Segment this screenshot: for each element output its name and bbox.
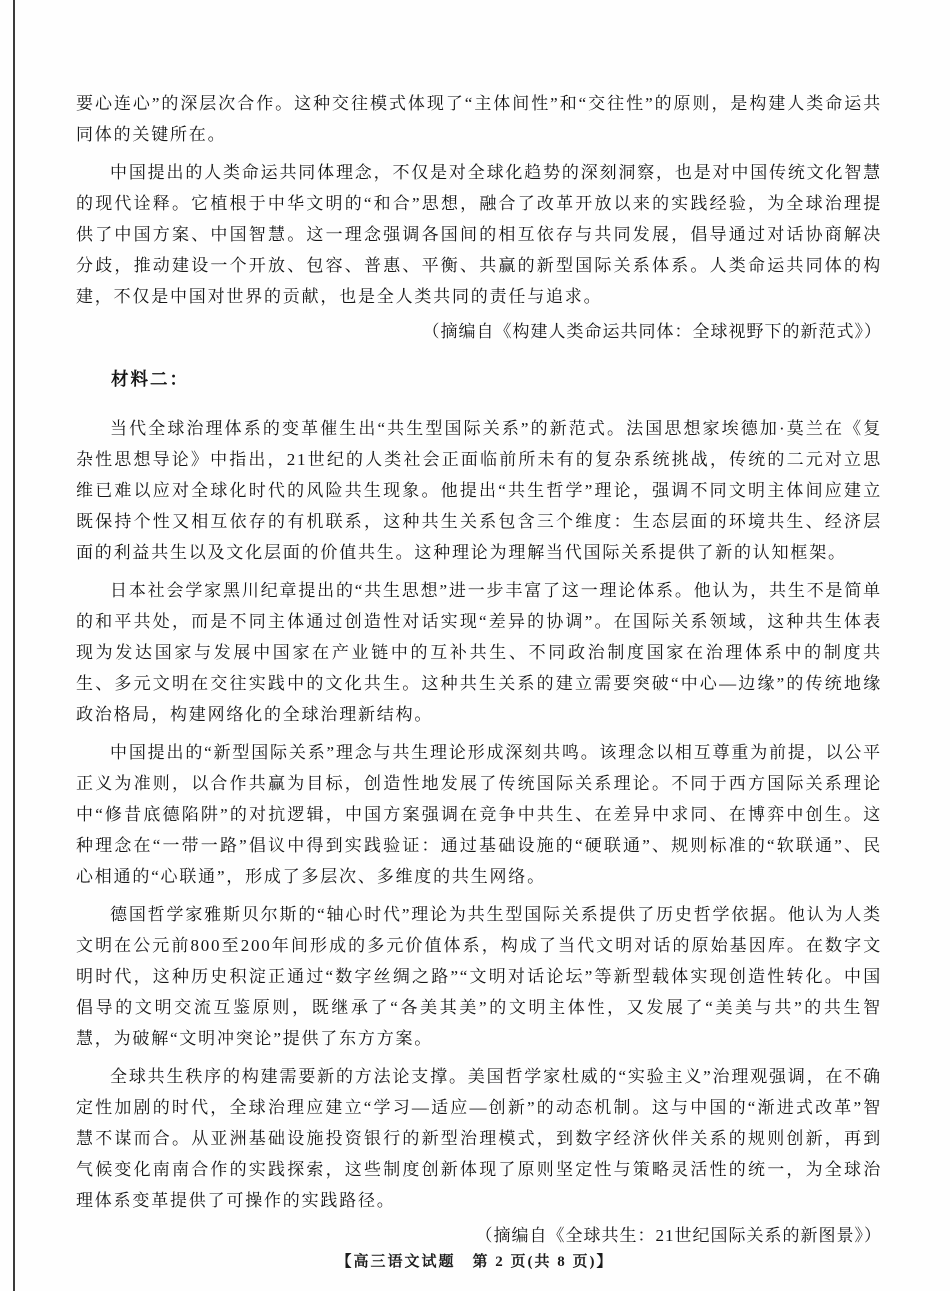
material-two-source-attribution: （摘编自《全球共生：21世纪国际关系的新图景》） bbox=[76, 1220, 882, 1251]
page-footer: 【高三语文试题 第 2 页(共 8 页)】 bbox=[0, 1250, 950, 1271]
material-two-paragraph-1: 当代全球治理体系的变革催生出“共生型国际关系”的新范式。法国思想家埃德加·莫兰在… bbox=[76, 413, 882, 568]
material-one-continued-paragraph: 要心连心”的深层次合作。这种交往模式体现了“主体间性”和“交往性”的原则，是构建… bbox=[76, 88, 882, 150]
material-one-closing-paragraph: 中国提出的人类命运共同体理念，不仅是对全球化趋势的深刻洞察，也是对中国传统文化智… bbox=[76, 157, 882, 312]
material-two-paragraph-4: 德国哲学家雅斯贝尔斯的“轴心时代”理论为共生型国际关系提供了历史哲学依据。他认为… bbox=[76, 899, 882, 1054]
material-two-paragraph-2: 日本社会学家黑川纪章提出的“共生思想”进一步丰富了这一理论体系。他认为，共生不是… bbox=[76, 575, 882, 730]
scan-edge-line bbox=[13, 0, 15, 1291]
material-two-paragraph-5: 全球共生秩序的构建需要新的方法论支撑。美国哲学家杜威的“实验主义”治理观强调，在… bbox=[76, 1061, 882, 1216]
material-two-paragraph-3: 中国提出的“新型国际关系”理念与共生理论形成深刻共鸣。该理念以相互尊重为前提，以… bbox=[76, 737, 882, 892]
material-two-heading: 材料二： bbox=[76, 364, 882, 395]
exam-paper-page: 要心连心”的深层次合作。这种交往模式体现了“主体间性”和“交往性”的原则，是构建… bbox=[0, 0, 950, 1291]
page-content: 要心连心”的深层次合作。这种交往模式体现了“主体间性”和“交往性”的原则，是构建… bbox=[76, 88, 882, 1268]
material-one-source-attribution: （摘编自《构建人类命运共同体：全球视野下的新范式》） bbox=[76, 316, 882, 347]
